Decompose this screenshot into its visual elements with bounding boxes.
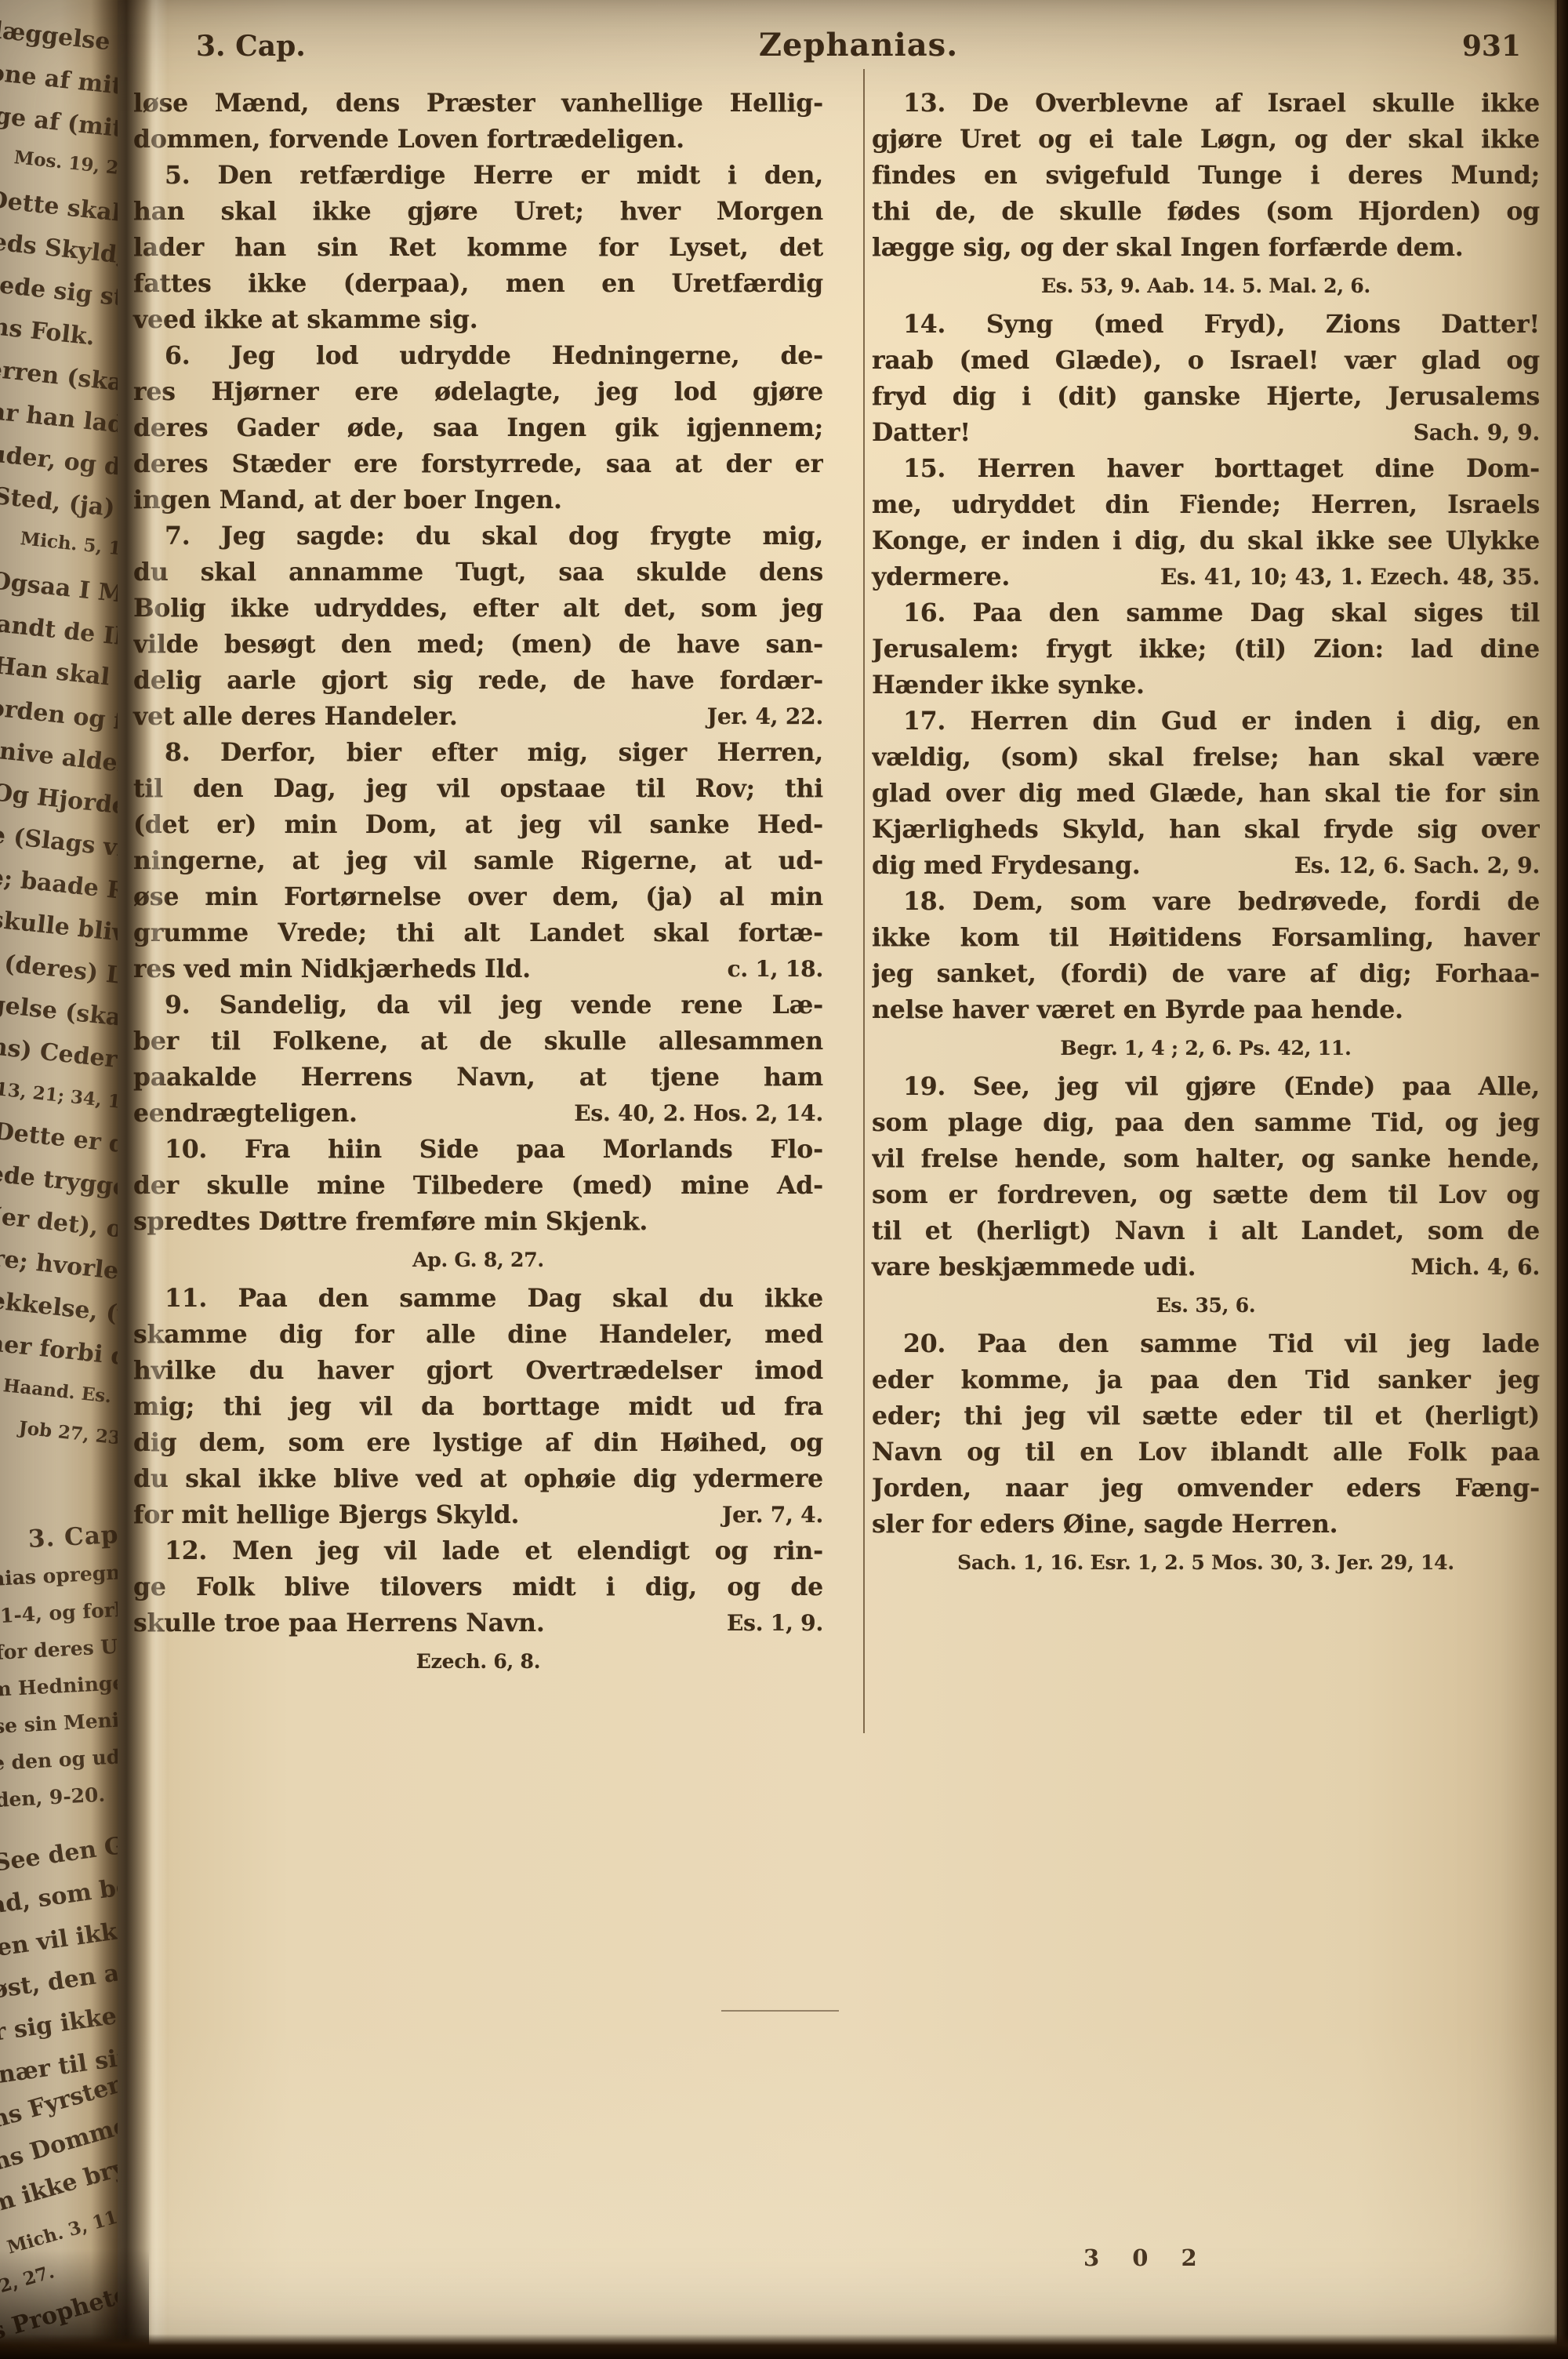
scripture-reference-centered: Es. 35, 6.: [872, 1288, 1540, 1324]
verse-line: paakalde Herrens Navn, at tjene ham: [133, 1060, 823, 1096]
previous-page-edge: læggelse indtilone af mit Folige af (mit…: [0, 0, 135, 2359]
verse-line: gjøre Uret og ei tale Løgn, og der skal …: [872, 122, 1540, 158]
scripture-reference: Es. 40, 2. Hos. 2, 14.: [574, 1096, 823, 1132]
verse-line: 11. Paa den samme Dag skal du ikke: [133, 1281, 823, 1317]
scripture-reference-centered: Es. 53, 9. Aab. 14. 5. Mal. 2, 6.: [872, 268, 1540, 304]
verse-line: 13. De Overblevne af Israel skulle ikke: [872, 85, 1540, 122]
chapter-header: 3. Cap.: [196, 30, 306, 63]
verse-line: fattes ikke (derpaa), men en Uretfærdig: [133, 266, 823, 302]
verse-line: 8. Derfor, bier efter mig, siger Herren,: [133, 735, 823, 771]
verse-end-line: ingen Mand, at der boer Ingen.: [133, 482, 823, 518]
verse-line: der skulle mine Tilbedere (med) mine Ad-: [133, 1168, 823, 1204]
verse-end-line: skulle troe paa Herrens Navn.Es. 1, 9.: [133, 1605, 823, 1641]
scripture-reference: Es. 1, 9.: [727, 1605, 823, 1641]
verse-line: Navn og til en Lov iblandt alle Folk paa: [872, 1434, 1540, 1470]
verse-line: han skal ikke gjøre Uret; hver Morgen: [133, 194, 823, 230]
scripture-reference-centered: Ap. G. 8, 27.: [133, 1242, 823, 1278]
verse-line: du skal ikke blive ved at ophøie dig yde…: [133, 1461, 823, 1497]
verse-line: 7. Jeg sagde: du skal dog frygte mig,: [133, 518, 823, 554]
verse-line: eder; thi jeg vil sætte eder til et (her…: [872, 1398, 1540, 1434]
verse-end-line: res ved min Nidkjærheds Ild.c. 1, 18.: [133, 951, 823, 987]
verse-line: du skal annamme Tugt, saa skulde dens: [133, 554, 823, 591]
verse-line: 6. Jeg lod udrydde Hedningerne, de-: [133, 338, 823, 374]
verse-end-text: eendrægteligen.: [133, 1096, 358, 1132]
verse-line: Konge, er inden i dig, du skal ikke see …: [872, 523, 1540, 559]
verse-line: 19. See, jeg vil gjøre (Ende) paa Alle,: [872, 1069, 1540, 1105]
prev-page-text-group: læggelse indtilone af mit Folige af (mit…: [0, 9, 135, 1449]
scripture-reference: Sach. 9, 9.: [1414, 415, 1540, 451]
scripture-reference-centered: Sach. 1, 16. Esr. 1, 2. 5 Mos. 30, 3. Je…: [872, 1545, 1540, 1581]
verse-line: me, udryddet din Fiende; Herren, Israels: [872, 487, 1540, 523]
verse-end-text: veed ikke at skamme sig.: [133, 302, 477, 338]
verse-line: grumme Vrede; thi alt Landet skal fortæ-: [133, 915, 823, 951]
page-header: 3. Cap. Zephanias. 931: [118, 0, 1557, 64]
verse-end-line: veed ikke at skamme sig.: [133, 302, 823, 338]
verse-end-line: Hænder ikke synke.: [872, 667, 1540, 703]
verse-line: res Hjørner ere ødelagte, jeg lod gjøre: [133, 374, 823, 410]
verse-line: jeg sanket, (fordi) de vare af dig; Forh…: [872, 956, 1540, 992]
verse-end-line: eendrægteligen.Es. 40, 2. Hos. 2, 14.: [133, 1096, 823, 1132]
verse-line: ge Folk blive tilovers midt i dig, og de: [133, 1569, 823, 1605]
verse-end-line: vare beskjæmmede udi.Mich. 4, 6.: [872, 1249, 1540, 1285]
scripture-reference: Es. 12, 6. Sach. 2, 9.: [1294, 848, 1540, 884]
verse-line: raab (med Glæde), o Israel! vær glad og: [872, 343, 1540, 379]
verse-line: vil frelse hende, som halter, og sanke h…: [872, 1141, 1540, 1177]
verse-line: 16. Paa den samme Dag skal siges til: [872, 595, 1540, 631]
verse-end-text: res ved min Nidkjærheds Ild.: [133, 951, 531, 987]
verse-line: (det er) min Dom, at jeg vil sanke Hed-: [133, 807, 823, 843]
verse-end-text: Datter!: [872, 415, 971, 451]
signature-mark: 3 0 2: [1083, 2245, 1210, 2271]
verse-line: 12. Men jeg vil lade et elendigt og rin-: [133, 1533, 823, 1569]
verse-end-text: dommen, forvende Loven fortrædeligen.: [133, 122, 684, 158]
verse-line: 20. Paa den samme Tid vil jeg lade: [872, 1326, 1540, 1362]
verse-end-text: vet alle deres Handeler.: [133, 699, 458, 735]
page-number: 931: [1462, 30, 1521, 63]
verse-line: dig dem, som ere lystige af din Høihed, …: [133, 1425, 823, 1461]
verse-line: 10. Fra hiin Side paa Morlands Flo-: [133, 1132, 823, 1168]
right-column: 13. De Overblevne af Israel skulle ikkeg…: [872, 85, 1540, 1682]
scripture-reference-centered: Ezech. 6, 8.: [133, 1644, 823, 1680]
verse-end-line: ydermere.Es. 41, 10; 43, 1. Ezech. 48, 3…: [872, 559, 1540, 595]
verse-line: findes en svigefuld Tunge i deres Mund;: [872, 158, 1540, 194]
verse-line: deres Gader øde, saa Ingen gik igjennem;: [133, 410, 823, 446]
column-divider: [863, 69, 865, 1733]
verse-line: Jerusalem: frygt ikke; (til) Zion: lad d…: [872, 631, 1540, 667]
verse-line: ikke kom til Høitidens Forsamling, haver: [872, 920, 1540, 956]
verse-line: thi de, de skulle fødes (som Hjorden) og: [872, 194, 1540, 230]
photo-bottom-edge: [0, 2334, 1568, 2359]
prev-page-text-group: See den Gjenstridige ogad, som berøver (…: [0, 1843, 135, 2097]
verse-line: mig; thi jeg vil da borttage midt ud fra: [133, 1389, 823, 1425]
verse-end-text: spredtes Døttre fremføre min Skjenk.: [133, 1204, 648, 1240]
prev-page-text-group: 3. Capitel.nias opregner Jødernes S1-4, …: [0, 1518, 135, 1819]
verse-line: lader han sin Ret komme for Lyset, det: [133, 230, 823, 266]
verse-line: delig aarle gjort sig rede, de have ford…: [133, 663, 823, 699]
verse-line: ber til Folkene, at de skulle allesammen: [133, 1023, 823, 1060]
verse-end-text: dig med Frydesang.: [872, 848, 1141, 884]
book-title: Zephanias.: [759, 27, 958, 64]
verse-line: skamme dig for alle dine Handeler, med: [133, 1317, 823, 1353]
scripture-reference: Jer. 7, 4.: [722, 1497, 823, 1533]
verse-line: øse min Fortørnelse over dem, (ja) al mi…: [133, 879, 823, 915]
verse-end-text: for mit hellige Bjergs Skyld.: [133, 1497, 519, 1533]
verse-end-text: ydermere.: [872, 559, 1010, 595]
verse-end-text: skulle troe paa Herrens Navn.: [133, 1605, 545, 1641]
verse-line: deres Stæder ere forstyrrede, saa at der…: [133, 446, 823, 482]
verse-line: til et (herligt) Navn i alt Landet, som …: [872, 1213, 1540, 1249]
verse-line: til den Dag, jeg vil opstaae til Rov; th…: [133, 771, 823, 807]
scripture-reference: c. 1, 18.: [728, 951, 823, 987]
verse-line: fryd dig i (dit) ganske Hjerte, Jerusale…: [872, 379, 1540, 415]
verse-line: 18. Dem, som vare bedrøvede, fordi de: [872, 884, 1540, 920]
verse-end-line: nelse haver været en Byrde paa hende.: [872, 992, 1540, 1028]
verse-end-text: vare beskjæmmede udi.: [872, 1249, 1196, 1285]
verse-end-line: dommen, forvende Loven fortrædeligen.: [133, 122, 823, 158]
verse-line: ningerne, at jeg vil samle Rigerne, at u…: [133, 843, 823, 879]
verse-line: som plage dig, paa den samme Tid, og jeg: [872, 1105, 1540, 1141]
verse-line: Jorden, naar jeg omvender eders Fæng-: [872, 1470, 1540, 1507]
verse-line: 14. Syng (med Fryd), Zions Datter!: [872, 307, 1540, 343]
scripture-reference: Mich. 4, 6.: [1410, 1249, 1540, 1285]
verse-end-text: lægge sig, og der skal Ingen forfærde de…: [872, 230, 1464, 266]
photo-right-edge: [1554, 0, 1568, 2359]
verse-end-line: for mit hellige Bjergs Skyld.Jer. 7, 4.: [133, 1497, 823, 1533]
verse-end-line: spredtes Døttre fremføre min Skjenk.: [133, 1204, 823, 1240]
verse-line: vilde besøgt den med; (men) de have san-: [133, 627, 823, 663]
verse-line: 17. Herren din Gud er inden i dig, en: [872, 703, 1540, 740]
scripture-reference: Jer. 4, 22.: [707, 699, 823, 735]
verse-end-text: Hænder ikke synke.: [872, 667, 1145, 703]
verse-line: 5. Den retfærdige Herre er midt i den,: [133, 158, 823, 194]
book-page: 3. Cap. Zephanias. 931 løse Mænd, dens P…: [118, 0, 1557, 2359]
verse-end-line: vet alle deres Handeler.Jer. 4, 22.: [133, 699, 823, 735]
verse-line: 15. Herren haver borttaget dine Dom-: [872, 451, 1540, 487]
verse-end-text: ingen Mand, at der boer Ingen.: [133, 482, 562, 518]
verse-line: eder komme, ja paa den Tid sanker jeg: [872, 1362, 1540, 1398]
verse-end-line: lægge sig, og der skal Ingen forfærde de…: [872, 230, 1540, 266]
verse-line: løse Mænd, dens Præster vanhellige Helli…: [133, 85, 823, 122]
text-columns: løse Mænd, dens Præster vanhellige Helli…: [118, 85, 1557, 1682]
verse-line: Bolig ikke udryddes, efter alt det, som …: [133, 591, 823, 627]
verse-line: hvilke du haver gjort Overtrædelser imod: [133, 1353, 823, 1389]
scripture-reference-centered: Begr. 1, 4 ; 2, 6. Ps. 42, 11.: [872, 1030, 1540, 1067]
scripture-reference: Es. 41, 10; 43, 1. Ezech. 48, 35.: [1160, 559, 1540, 595]
verse-end-line: Datter!Sach. 9, 9.: [872, 415, 1540, 451]
section-rule: [721, 2010, 839, 2012]
verse-line: 9. Sandelig, da vil jeg vende rene Læ-: [133, 987, 823, 1023]
verse-end-line: sler for eders Øine, sagde Herren.: [872, 1507, 1540, 1543]
verse-line: vældig, (som) skal frelse; han skal være: [872, 740, 1540, 776]
left-column: løse Mænd, dens Præster vanhellige Helli…: [133, 85, 823, 1682]
verse-end-text: nelse haver været en Byrde paa hende.: [872, 992, 1403, 1028]
book-photo: læggelse indtilone af mit Folige af (mit…: [0, 0, 1568, 2359]
verse-line: Kjærligheds Skyld, han skal fryde sig ov…: [872, 812, 1540, 848]
verse-line: som er fordreven, og sætte dem til Lov o…: [872, 1177, 1540, 1213]
verse-end-line: dig med Frydesang.Es. 12, 6. Sach. 2, 9.: [872, 848, 1540, 884]
verse-end-text: sler for eders Øine, sagde Herren.: [872, 1507, 1338, 1543]
verse-line: glad over dig med Glæde, han skal tie fo…: [872, 776, 1540, 812]
